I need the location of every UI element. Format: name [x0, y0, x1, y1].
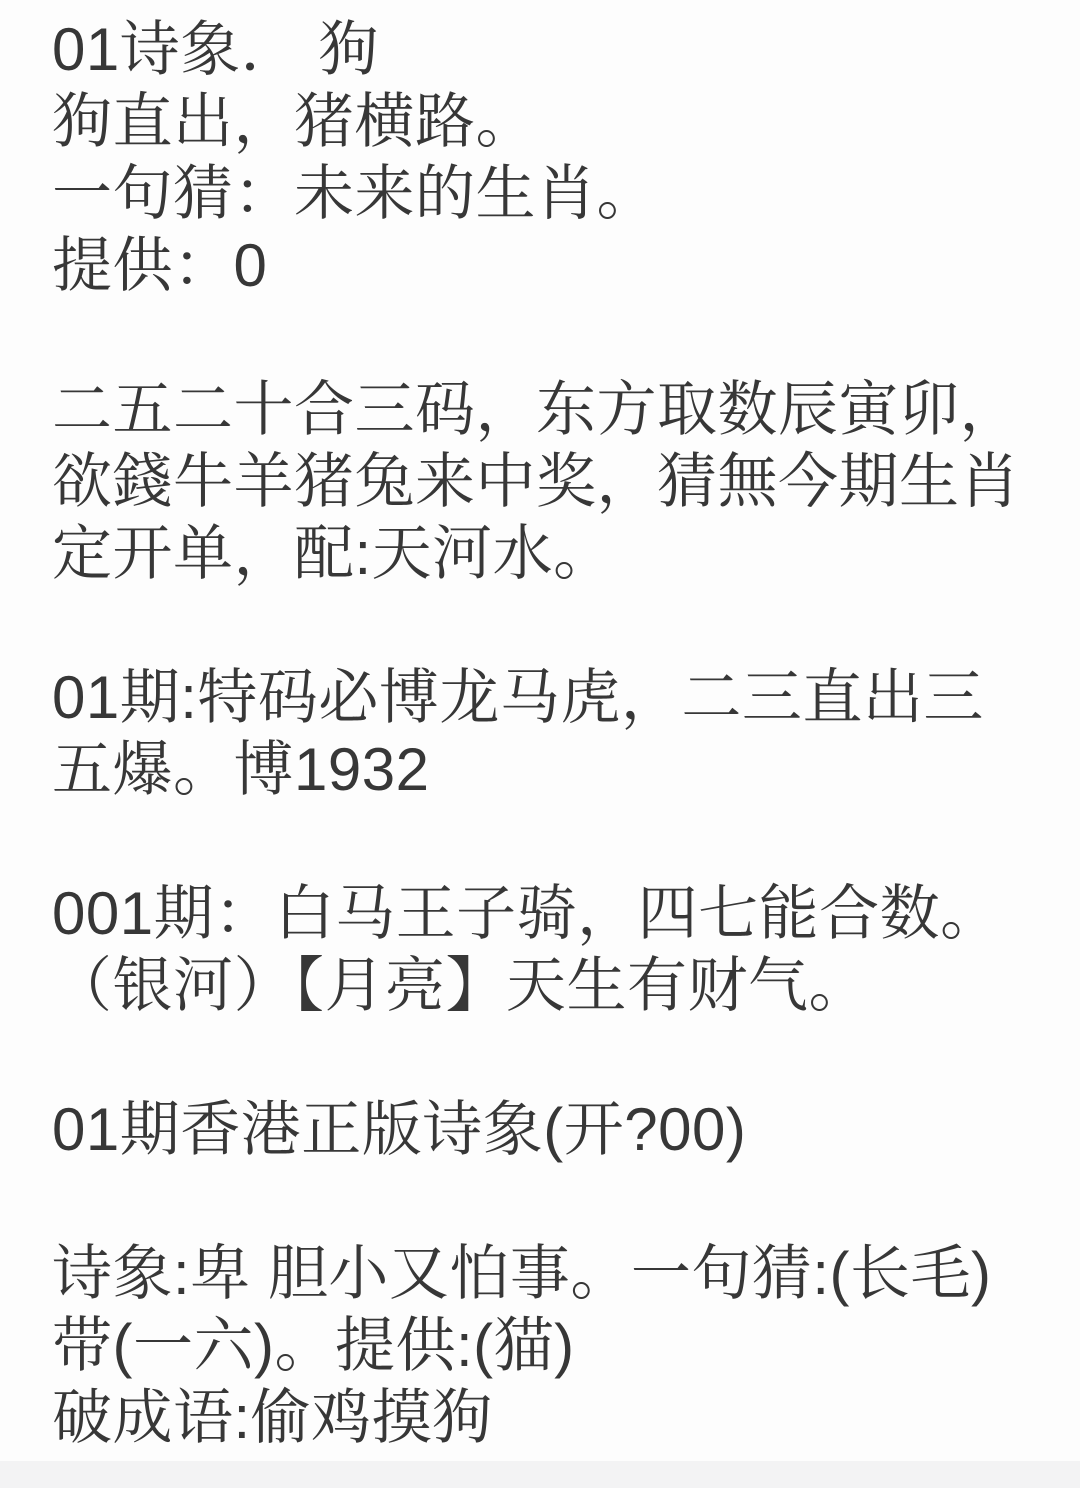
text-line: 提供：0: [52, 230, 1050, 302]
text-line: 五爆。博1932: [52, 734, 1050, 806]
text-line: 01期香港正版诗象(开?00): [52, 1094, 1050, 1166]
bottom-bar: [0, 1461, 1080, 1488]
document-text: 01诗象． 狗 狗直出，猪横路。 一句猜：未来的生肖。 提供：0 二五二十合三码…: [0, 0, 1080, 1454]
three-code-verse: 二五二十合三码，东方取数辰寅卯， 欲錢牛羊猪兔来中奖，猜無今期生肖 定开单，配:…: [52, 374, 1050, 590]
hongkong-edition-title: 01期香港正版诗象(开?00): [52, 1094, 1050, 1166]
text-line: 欲錢牛羊猪兔来中奖，猜無今期生肖: [52, 446, 1050, 518]
text-line: （银河）【月亮】天生有财气。: [52, 950, 1050, 1022]
text-line: 破成语:偷鸡摸狗: [52, 1382, 1050, 1454]
text-line: 一句猜：未来的生肖。: [52, 158, 1050, 230]
text-line: 狗直出，猪横路。: [52, 86, 1050, 158]
issue-001-verse: 001期：白马王子骑，四七能合数。 （银河）【月亮】天生有财气。: [52, 878, 1050, 1022]
poem-analysis-section: 诗象:卑 胆小又怕事。一句猜:(长毛) 带(一六)。提供:(猫) 破成语:偷鸡摸…: [52, 1238, 1050, 1454]
text-line: 001期：白马王子骑，四七能合数。: [52, 878, 1050, 950]
text-line: 01期:特码必博龙马虎，二三直出三: [52, 662, 1050, 734]
text-line: 定开单，配:天河水。: [52, 518, 1050, 590]
text-line: 带(一六)。提供:(猫): [52, 1310, 1050, 1382]
poem-header-section: 01诗象． 狗 狗直出，猪横路。 一句猜：未来的生肖。 提供：0: [52, 14, 1050, 302]
text-line: 01诗象． 狗: [52, 14, 1050, 86]
special-code-tip: 01期:特码必博龙马虎，二三直出三 五爆。博1932: [52, 662, 1050, 806]
text-line: 二五二十合三码，东方取数辰寅卯，: [52, 374, 1050, 446]
text-line: 诗象:卑 胆小又怕事。一句猜:(长毛): [52, 1238, 1050, 1310]
